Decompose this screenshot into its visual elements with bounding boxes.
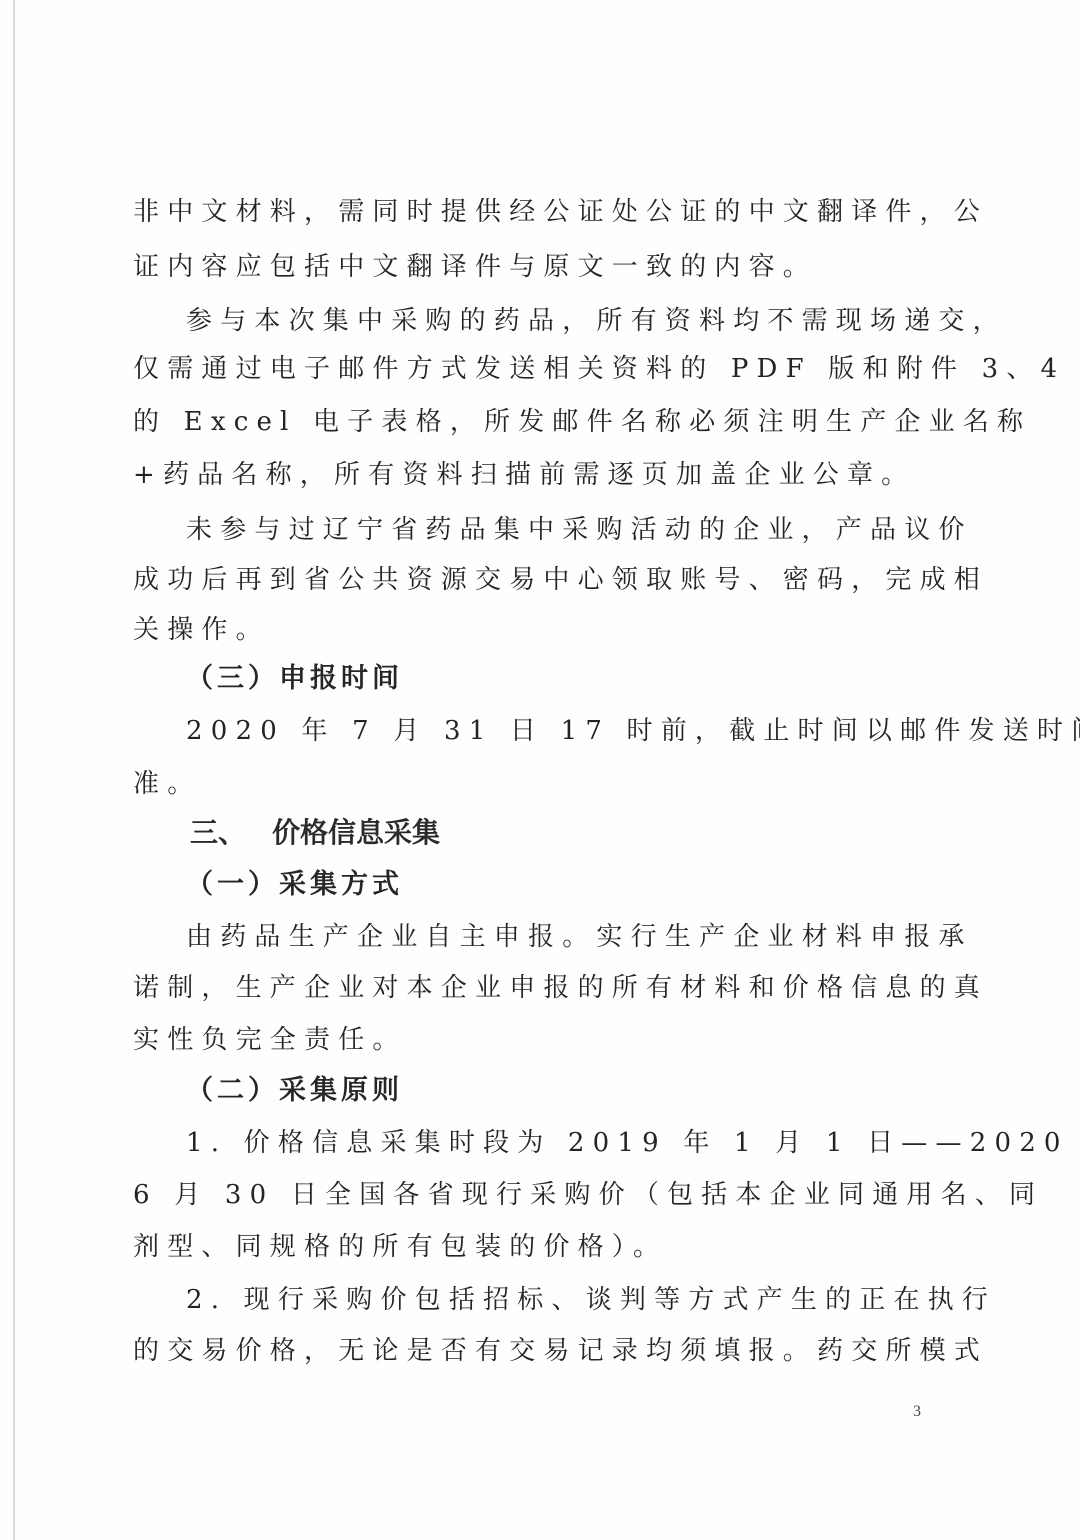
- paragraph-line: 准。: [133, 767, 933, 801]
- page-number: 3: [913, 1403, 921, 1421]
- paragraph-line: 成功后再到省公共资源交易中心领取账号、密码，完成相: [133, 563, 933, 597]
- paragraph-line: 诺制，生产企业对本企业申报的所有材料和价格信息的真: [133, 971, 933, 1005]
- subsection-heading-collection-method: （一）采集方式: [186, 868, 403, 902]
- paragraph-line: 的 Excel 电子表格，所发邮件名称必须注明生产企业名称: [133, 405, 933, 439]
- section-heading-price-info: 三、价格信息采集: [190, 815, 440, 851]
- list-item-line: 2. 现行采购价包括招标、谈判等方式产生的正在执行: [186, 1283, 986, 1317]
- paragraph-line: 实性负完全责任。: [133, 1023, 933, 1057]
- list-item-line: 1. 价格信息采集时段为 2019 年 1 月 1 日——2020 年: [186, 1126, 986, 1160]
- page-edge-divider: [13, 0, 15, 1540]
- paragraph-line: +药品名称，所有资料扫描前需逐页加盖企业公章。: [133, 458, 933, 492]
- list-item-line: 6 月 30 日全国各省现行采购价（包括本企业同通用名、同: [133, 1178, 933, 1212]
- list-item-line: 的交易价格，无论是否有交易记录均须填报。药交所模式: [133, 1334, 933, 1368]
- paragraph-line: 非中文材料，需同时提供经公证处公证的中文翻译件，公: [133, 195, 933, 229]
- list-item-line: 剂型、同规格的所有包装的价格）。: [133, 1230, 933, 1264]
- section-title: 价格信息采集: [272, 816, 440, 849]
- subsection-heading-submission-time: （三）申报时间: [186, 662, 403, 696]
- paragraph-line: 参与本次集中采购的药品，所有资料均不需现场递交，: [186, 304, 986, 338]
- paragraph-line: 证内容应包括中文翻译件与原文一致的内容。: [133, 250, 933, 284]
- paragraph-line: 关操作。: [133, 613, 933, 647]
- document-page: 非中文材料，需同时提供经公证处公证的中文翻译件，公 证内容应包括中文翻译件与原文…: [0, 0, 1080, 1540]
- section-number: 三、: [190, 816, 246, 849]
- paragraph-line: 2020 年 7 月 31 日 17 时前，截止时间以邮件发送时间为: [186, 714, 986, 748]
- paragraph-line: 仅需通过电子邮件方式发送相关资料的 PDF 版和附件 3、4: [133, 352, 933, 386]
- paragraph-line: 未参与过辽宁省药品集中采购活动的企业，产品议价: [186, 513, 986, 547]
- subsection-heading-collection-principles: （二）采集原则: [186, 1074, 403, 1108]
- paragraph-line: 由药品生产企业自主申报。实行生产企业材料申报承: [186, 920, 986, 954]
